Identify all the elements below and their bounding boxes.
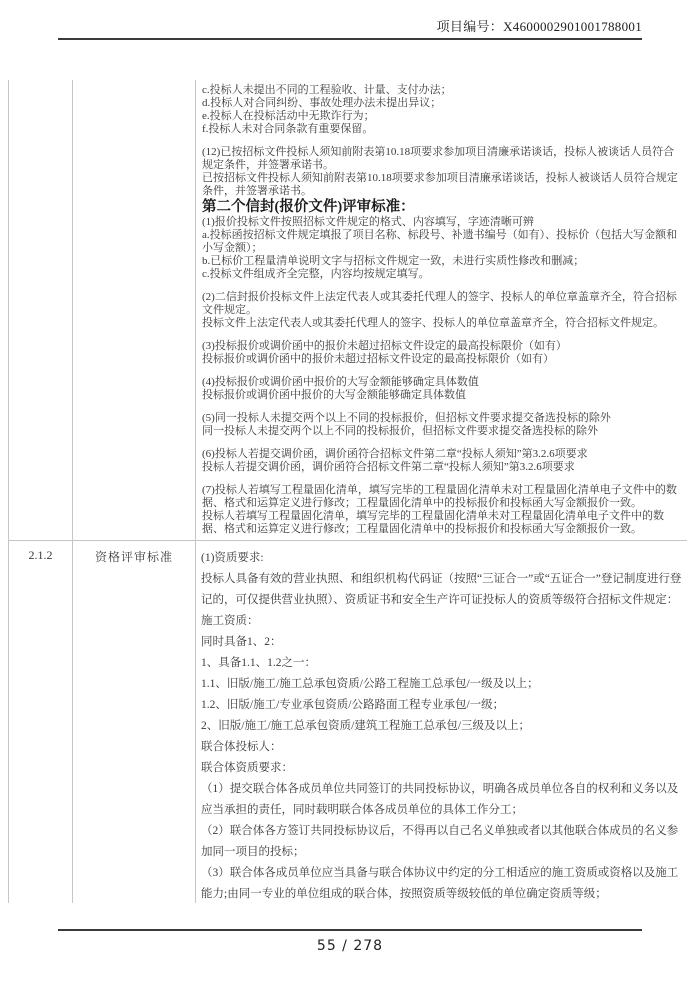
- section-heading: 第二个信封(报价文件)评审标准：: [202, 198, 681, 216]
- blank-line: [202, 366, 681, 376]
- document-page: 项目编号：X4600002901001788001 c.投标人未提出不同的工程验…: [0, 0, 700, 990]
- text-line: f.投标人未对合同条款有重要保留。: [202, 123, 681, 136]
- page-header: 项目编号：X4600002901001788001: [58, 16, 642, 40]
- evaluation-table: c.投标人未提出不同的工程验收、计量、支付办法；d.投标人对合同纠纷、事故处理办…: [8, 80, 687, 903]
- text-line: a.投标函按招标文件规定填报了项目名称、标段号、补遗书编号（如有）、投标价（包括…: [202, 229, 681, 255]
- clause-content: c.投标人未提出不同的工程验收、计量、支付办法；d.投标人对合同纠纷、事故处理办…: [196, 80, 687, 536]
- text-line: (1)报价投标文件按照招标文件规定的格式、内容填写，字迹清晰可辨: [202, 216, 681, 229]
- text-line: 投标人若填写工程量固化清单，填写完毕的工程量固化清单未对工程量固化清单电子文件中…: [202, 510, 681, 536]
- text-line: （3）联合体各成员单位应当具备与联合体协议中约定的分工相适应的施工资质或资格以及…: [201, 863, 682, 904]
- text-line: c.投标文件组成齐全完整，内容均按规定填写。: [202, 268, 681, 281]
- footer-rule: [58, 929, 642, 931]
- blank-line: [202, 136, 681, 146]
- text-line: 已按招标文件投标人须知前附表第10.18项要求参加项目清廉承诺谈话，投标人被谈话…: [202, 172, 681, 198]
- clause-title-cell: [73, 80, 196, 540]
- text-line: b.已标价工程量清单说明文字与招标文件规定一致，未进行实质性修改和删减；: [202, 255, 681, 268]
- text-line: (3)投标报价或调价函中的报价未超过招标文件设定的最高投标限价（如有）: [202, 340, 681, 353]
- blank-line: [202, 281, 681, 291]
- text-line: 投标报价或调价函中的报价未超过招标文件设定的最高投标限价（如有）: [202, 353, 681, 366]
- text-line: 投标报价或调价函中报价的大写金额能够确定具体数值: [202, 389, 681, 402]
- text-line: 施工资质：: [201, 611, 682, 632]
- text-line: (5)同一投标人未提交两个以上不同的投标报价，但招标文件要求提交备选投标的除外: [202, 412, 681, 425]
- page-number: 55 / 278: [0, 938, 700, 954]
- text-line: 联合体投标人：: [201, 737, 682, 758]
- text-line: 投标文件上法定代表人或其委托代理人的签字、投标人的单位章盖章齐全，符合招标文件规…: [202, 317, 681, 330]
- text-line: （2）联合体各方签订共同投标协议后，不得再以自己名义单独或者以其他联合体成员的名…: [201, 821, 682, 863]
- text-line: 联合体资质要求：: [201, 758, 682, 779]
- clause-number-cell: 2.1.2: [9, 540, 73, 903]
- text-line: 投标人若提交调价函，调价函符合招标文件第二章“投标人须知”第3.2.6项要求: [202, 461, 681, 474]
- text-line: 1.2、旧版/施工/专业承包资质/公路路面工程专业承包/一级；: [201, 695, 682, 716]
- table-row-continued: c.投标人未提出不同的工程验收、计量、支付办法；d.投标人对合同纠纷、事故处理办…: [9, 80, 688, 540]
- clause-content-cell: (1)资质要求:投标人具备有效的营业执照、和组织机构代码证（按照“三证合一”或“…: [196, 540, 688, 903]
- text-line: (4)投标报价或调价函中报价的大写金额能够确定具体数值: [202, 376, 681, 389]
- blank-line: [202, 474, 681, 484]
- text-line: 1、具备1.1、1.2之一：: [201, 653, 682, 674]
- text-line: c.投标人未提出不同的工程验收、计量、支付办法；: [202, 84, 681, 97]
- text-line: e.投标人在投标活动中无欺诈行为；: [202, 110, 681, 123]
- text-line: 同时具备1、2：: [201, 632, 682, 653]
- text-line: 1.1、旧版/施工/施工总承包资质/公路工程施工总承包/一级及以上；: [201, 674, 682, 695]
- evaluation-standards-table: c.投标人未提出不同的工程验收、计量、支付办法；d.投标人对合同纠纷、事故处理办…: [8, 80, 687, 903]
- table-row-qualification: 2.1.2 资格评审标准 (1)资质要求:投标人具备有效的营业执照、和组织机构代…: [9, 540, 688, 903]
- blank-line: [202, 438, 681, 448]
- blank-line: [202, 402, 681, 412]
- text-line: 同一投标人未提交两个以上不同的投标报价，但招标文件要求提交备选投标的除外: [202, 425, 681, 438]
- text-line: (6)投标人若提交调价函，调价函符合招标文件第二章“投标人须知”第3.2.6项要…: [202, 448, 681, 461]
- text-line: (2)二信封报价投标文件上法定代表人或其委托代理人的签字、投标人的单位章盖章齐全…: [202, 291, 681, 317]
- clause-content-cell: c.投标人未提出不同的工程验收、计量、支付办法；d.投标人对合同纠纷、事故处理办…: [196, 80, 688, 540]
- text-line: (1)资质要求:: [201, 548, 682, 569]
- text-line: 投标人具备有效的营业执照、和组织机构代码证（按照“三证合一”或“五证合一”登记制…: [201, 569, 682, 611]
- clause-number-cell: [9, 80, 73, 540]
- text-line: d.投标人对合同纠纷、事故处理办法未提出异议；: [202, 97, 681, 110]
- text-line: 2、旧版/施工/施工总承包资质/建筑工程施工总承包/三级及以上；: [201, 716, 682, 737]
- text-line: (7)投标人若填写工程量固化清单，填写完毕的工程量固化清单未对工程量固化清单电子…: [202, 484, 681, 510]
- blank-line: [202, 330, 681, 340]
- project-number: 项目编号：X4600002901001788001: [437, 19, 642, 34]
- clause-title-cell: 资格评审标准: [73, 540, 196, 903]
- clause-content: (1)资质要求:投标人具备有效的营业执照、和组织机构代码证（按照“三证合一”或“…: [196, 541, 687, 904]
- text-line: （1）提交联合体各成员单位共同签订的共同投标协议，明确各成员单位各自的权利和义务…: [201, 779, 682, 821]
- text-line: (12)已按招标文件投标人须知前附表第10.18项要求参加项目清廉承诺谈话，投标…: [202, 146, 681, 172]
